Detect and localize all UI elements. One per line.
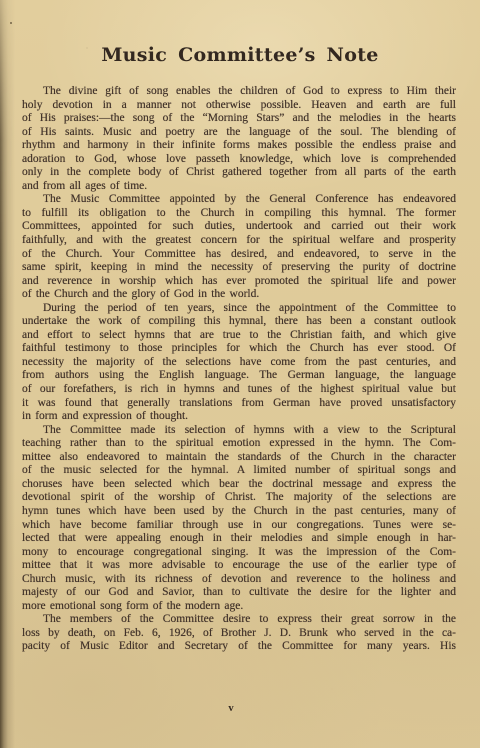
text-line: faithfully, and with the greatest concer… [22, 234, 456, 248]
text-line: undertake the work of compiling this hym… [22, 315, 456, 329]
text-line: adoration to God, whose love passeth kno… [22, 153, 456, 167]
text-line: of the Church and the glory of God in th… [22, 288, 456, 302]
text-line: and from all ages of time. [22, 180, 456, 194]
text-line: which have become familiar through use i… [22, 519, 456, 533]
text-line: holy devotion in a manner not otherwise … [22, 99, 456, 113]
text-line: mittee also endeavored to maintain the s… [22, 451, 456, 465]
text-line: pacity of Music Editor and Secretary of … [22, 640, 456, 654]
text-line: lected that were appealing enough in the… [22, 532, 456, 546]
text-line: to fulfill its obligation to the Church … [22, 207, 456, 221]
text-line: rhythm and harmony in their infinite for… [22, 139, 456, 153]
text-line: majesty of our God and Savior, than to c… [22, 586, 456, 600]
text-line: During the period of ten years, since th… [22, 302, 456, 316]
text-line: necessity the majority of the selections… [22, 356, 456, 370]
text-line: The Music Committee appointed by the Gen… [22, 193, 456, 207]
body-text: The divine gift of song enables the chil… [22, 85, 456, 654]
book-page: Music Committee’s Note The divine gift o… [0, 0, 480, 748]
text-line: The Committee made its selection of hymn… [22, 424, 456, 438]
page-gutter-shadow [0, 0, 15, 748]
text-line: and effort to select hymns that are true… [22, 329, 456, 343]
text-line: teaching rather than to the spiritual em… [22, 437, 456, 451]
text-line: The members of the Committee desire to e… [22, 613, 456, 627]
text-line: same spirit, keeping in mind the necessi… [22, 261, 456, 275]
text-line: Church music, with its richness of devot… [22, 573, 456, 587]
text-line: Committees, appointed for such duties, u… [22, 220, 456, 234]
scan-speckles [0, 0, 2, 2]
text-line: devotional spirit of the worship of Chri… [22, 491, 456, 505]
text-line: mony to encourage congregational singing… [22, 546, 456, 560]
text-line: of the music selected for the hymnal. A … [22, 464, 456, 478]
text-line: more emotional song form of the modern a… [22, 600, 456, 614]
text-line: faithful testimony to those principles f… [22, 342, 456, 356]
text-line: and reverence in worship which has ever … [22, 275, 456, 289]
text-line: loss by death, on Feb. 6, 1926, of Broth… [22, 627, 456, 641]
text-line: choruses have been selected which bear t… [22, 478, 456, 492]
text-line: The divine gift of song enables the chil… [22, 85, 456, 99]
text-line: only in the complete body of Christ gath… [22, 166, 456, 180]
text-line: of our forefathers, is rich in hymns and… [22, 383, 456, 397]
text-line: of the Church. Your Committee has desire… [22, 248, 456, 262]
text-line: of His praises:—the song of the “Morning… [22, 112, 456, 126]
text-line: mittee that it was more advisable to enc… [22, 559, 456, 573]
page-number: v [22, 703, 440, 714]
page-title: Music Committee’s Note [0, 44, 480, 66]
text-line: it was found that generally translations… [22, 397, 456, 411]
text-line: hymn tunes which have been used by the C… [22, 505, 456, 519]
text-line: in form and expression of thought. [22, 410, 456, 424]
text-line: from authors using the English language.… [22, 369, 456, 383]
text-line: of His saints. Music and poetry are the … [22, 126, 456, 140]
